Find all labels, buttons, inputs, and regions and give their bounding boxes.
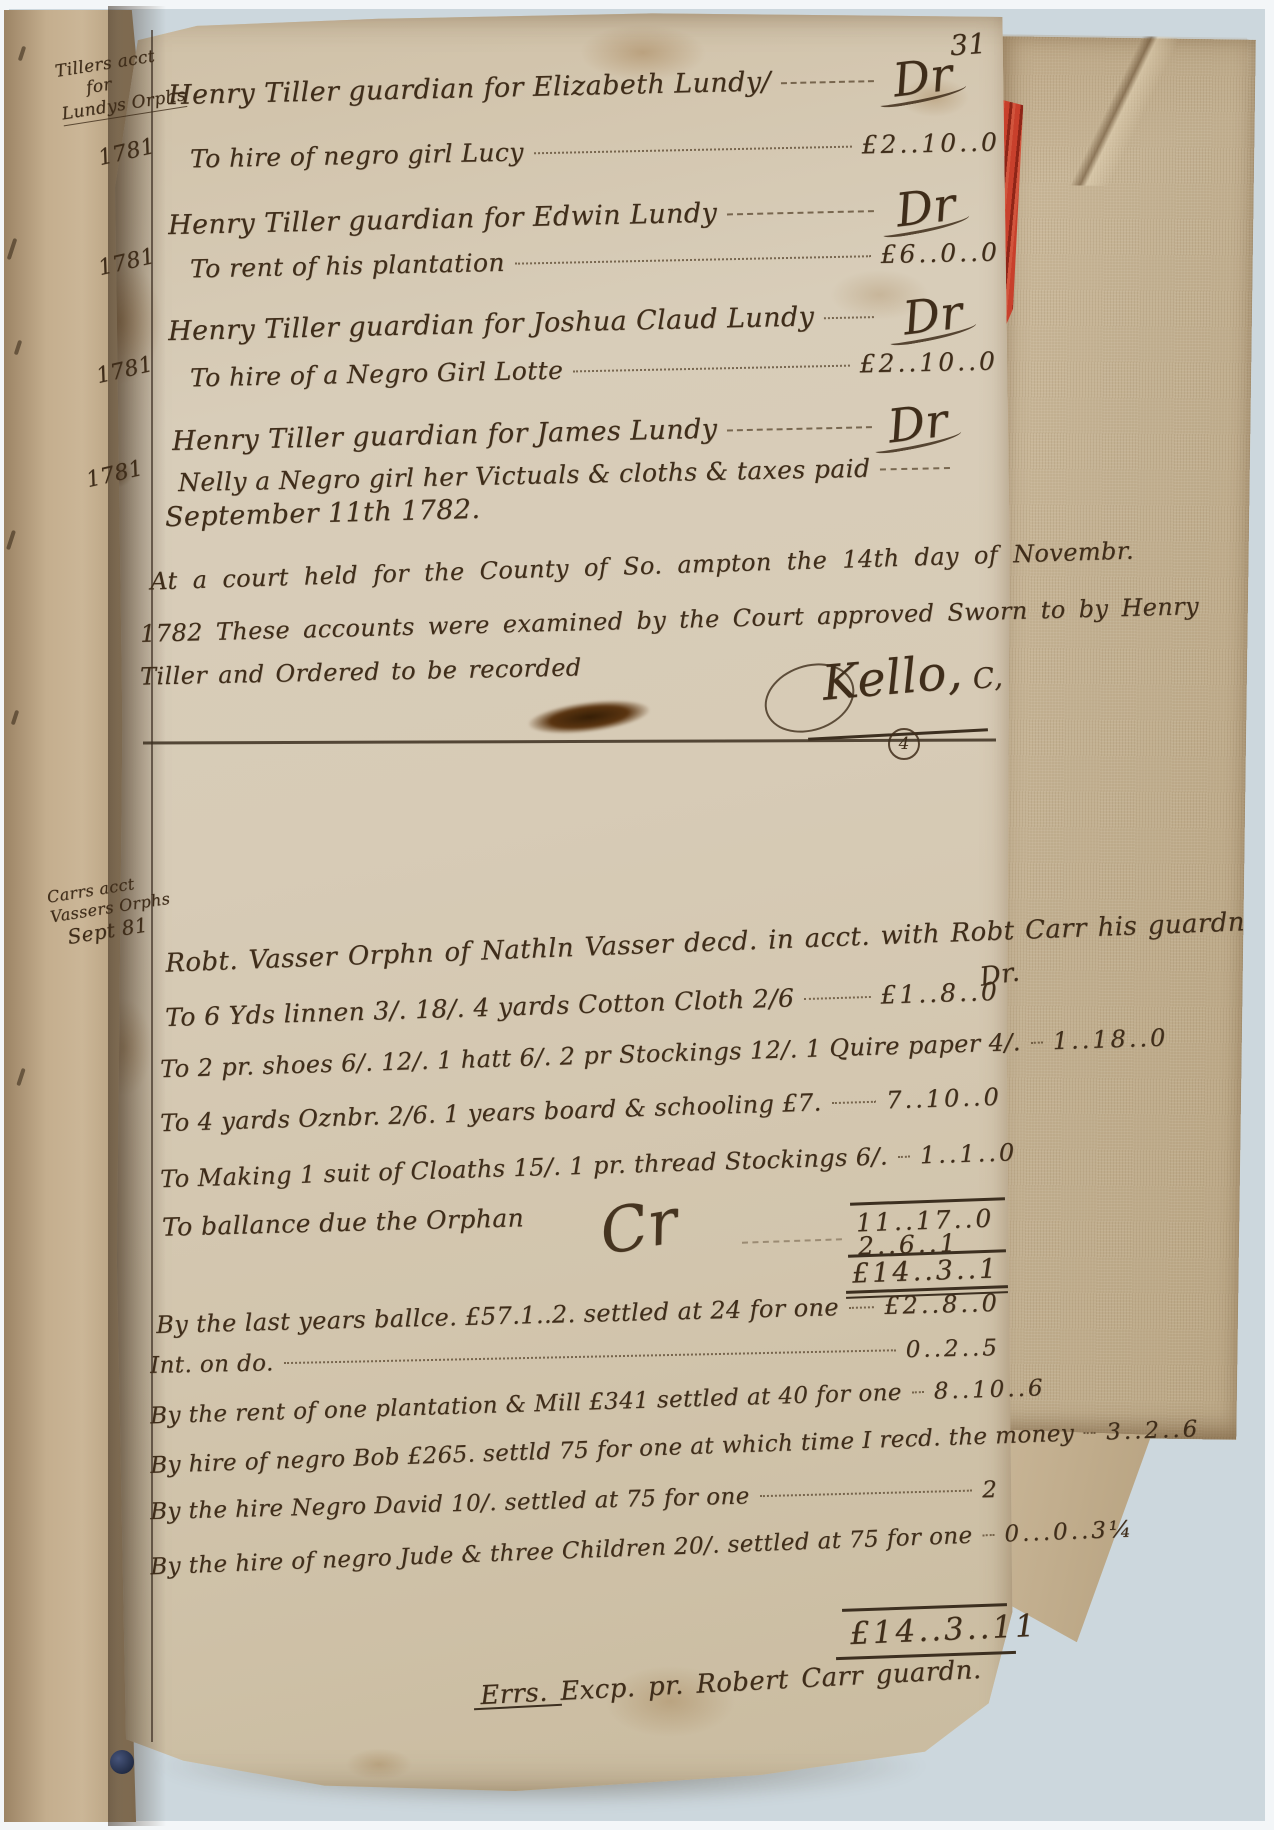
entry-amount: £6..0..0 <box>880 238 1000 269</box>
entry-amount: 8..10..6 <box>933 1375 1046 1404</box>
dotted-leader <box>573 365 849 373</box>
entry-amount: 1..1..0 <box>919 1138 1017 1169</box>
entry-amount: 3..2..6 <box>1106 1416 1201 1445</box>
entry-amount: 2 <box>982 1477 1000 1503</box>
dotted-leader <box>982 1534 994 1536</box>
dash-leader <box>727 210 874 215</box>
dotted-leader <box>824 316 874 319</box>
cr-marker: Cr <box>594 1184 683 1269</box>
entry-amount: £2..10..0 <box>859 347 998 379</box>
dash-leader <box>880 467 950 470</box>
dotted-leader <box>1031 1041 1043 1043</box>
dotted-leader <box>515 255 871 264</box>
entry-amount: 7..10..0 <box>886 1083 1002 1115</box>
dotted-leader <box>1084 1432 1096 1434</box>
entry-amount: 0...0..3¼ <box>1004 1517 1135 1548</box>
clerk-flourish-mark: 4 <box>888 728 920 760</box>
dash-leader <box>781 80 874 84</box>
credit-total: £14..3..11 <box>849 1608 1038 1652</box>
dr-marker: Dr <box>900 285 966 346</box>
clerk-signature-suffix: C, <box>971 660 1004 696</box>
dotted-leader <box>832 1101 877 1104</box>
dotted-leader <box>804 996 870 1000</box>
page-number: 31 <box>949 27 988 62</box>
dotted-leader <box>760 1490 973 1498</box>
dotted-leader <box>912 1391 924 1393</box>
entry-amount: 0..2..5 <box>905 1335 1000 1363</box>
dotted-leader <box>898 1156 910 1158</box>
entry-amount: £2..8..0 <box>884 1289 1000 1320</box>
photo-background: 31 Tillers acct for Lundys Orphs Henry T… <box>0 0 1274 1830</box>
dotted-leader <box>534 146 852 155</box>
dr-marker: Dr <box>893 177 959 238</box>
entry-amount: 1..18..0 <box>1052 1024 1168 1056</box>
dash-leader <box>727 426 872 431</box>
dotted-leader <box>849 1306 874 1309</box>
dr-marker: Dr <box>885 393 951 454</box>
entry-amount: £2..10..0 <box>861 128 1000 160</box>
binding-stud <box>110 1750 134 1774</box>
entry-text: Int. on do. <box>150 1350 274 1379</box>
dotted-leader <box>284 1349 896 1364</box>
book-cover-cloth <box>980 36 1256 1439</box>
dr-marker: Dr <box>890 47 956 108</box>
debit-total: £14..3..1 <box>852 1253 1000 1289</box>
cover-fold-crease <box>991 34 1247 188</box>
entry-amount: £1..8..0 <box>880 977 1000 1010</box>
